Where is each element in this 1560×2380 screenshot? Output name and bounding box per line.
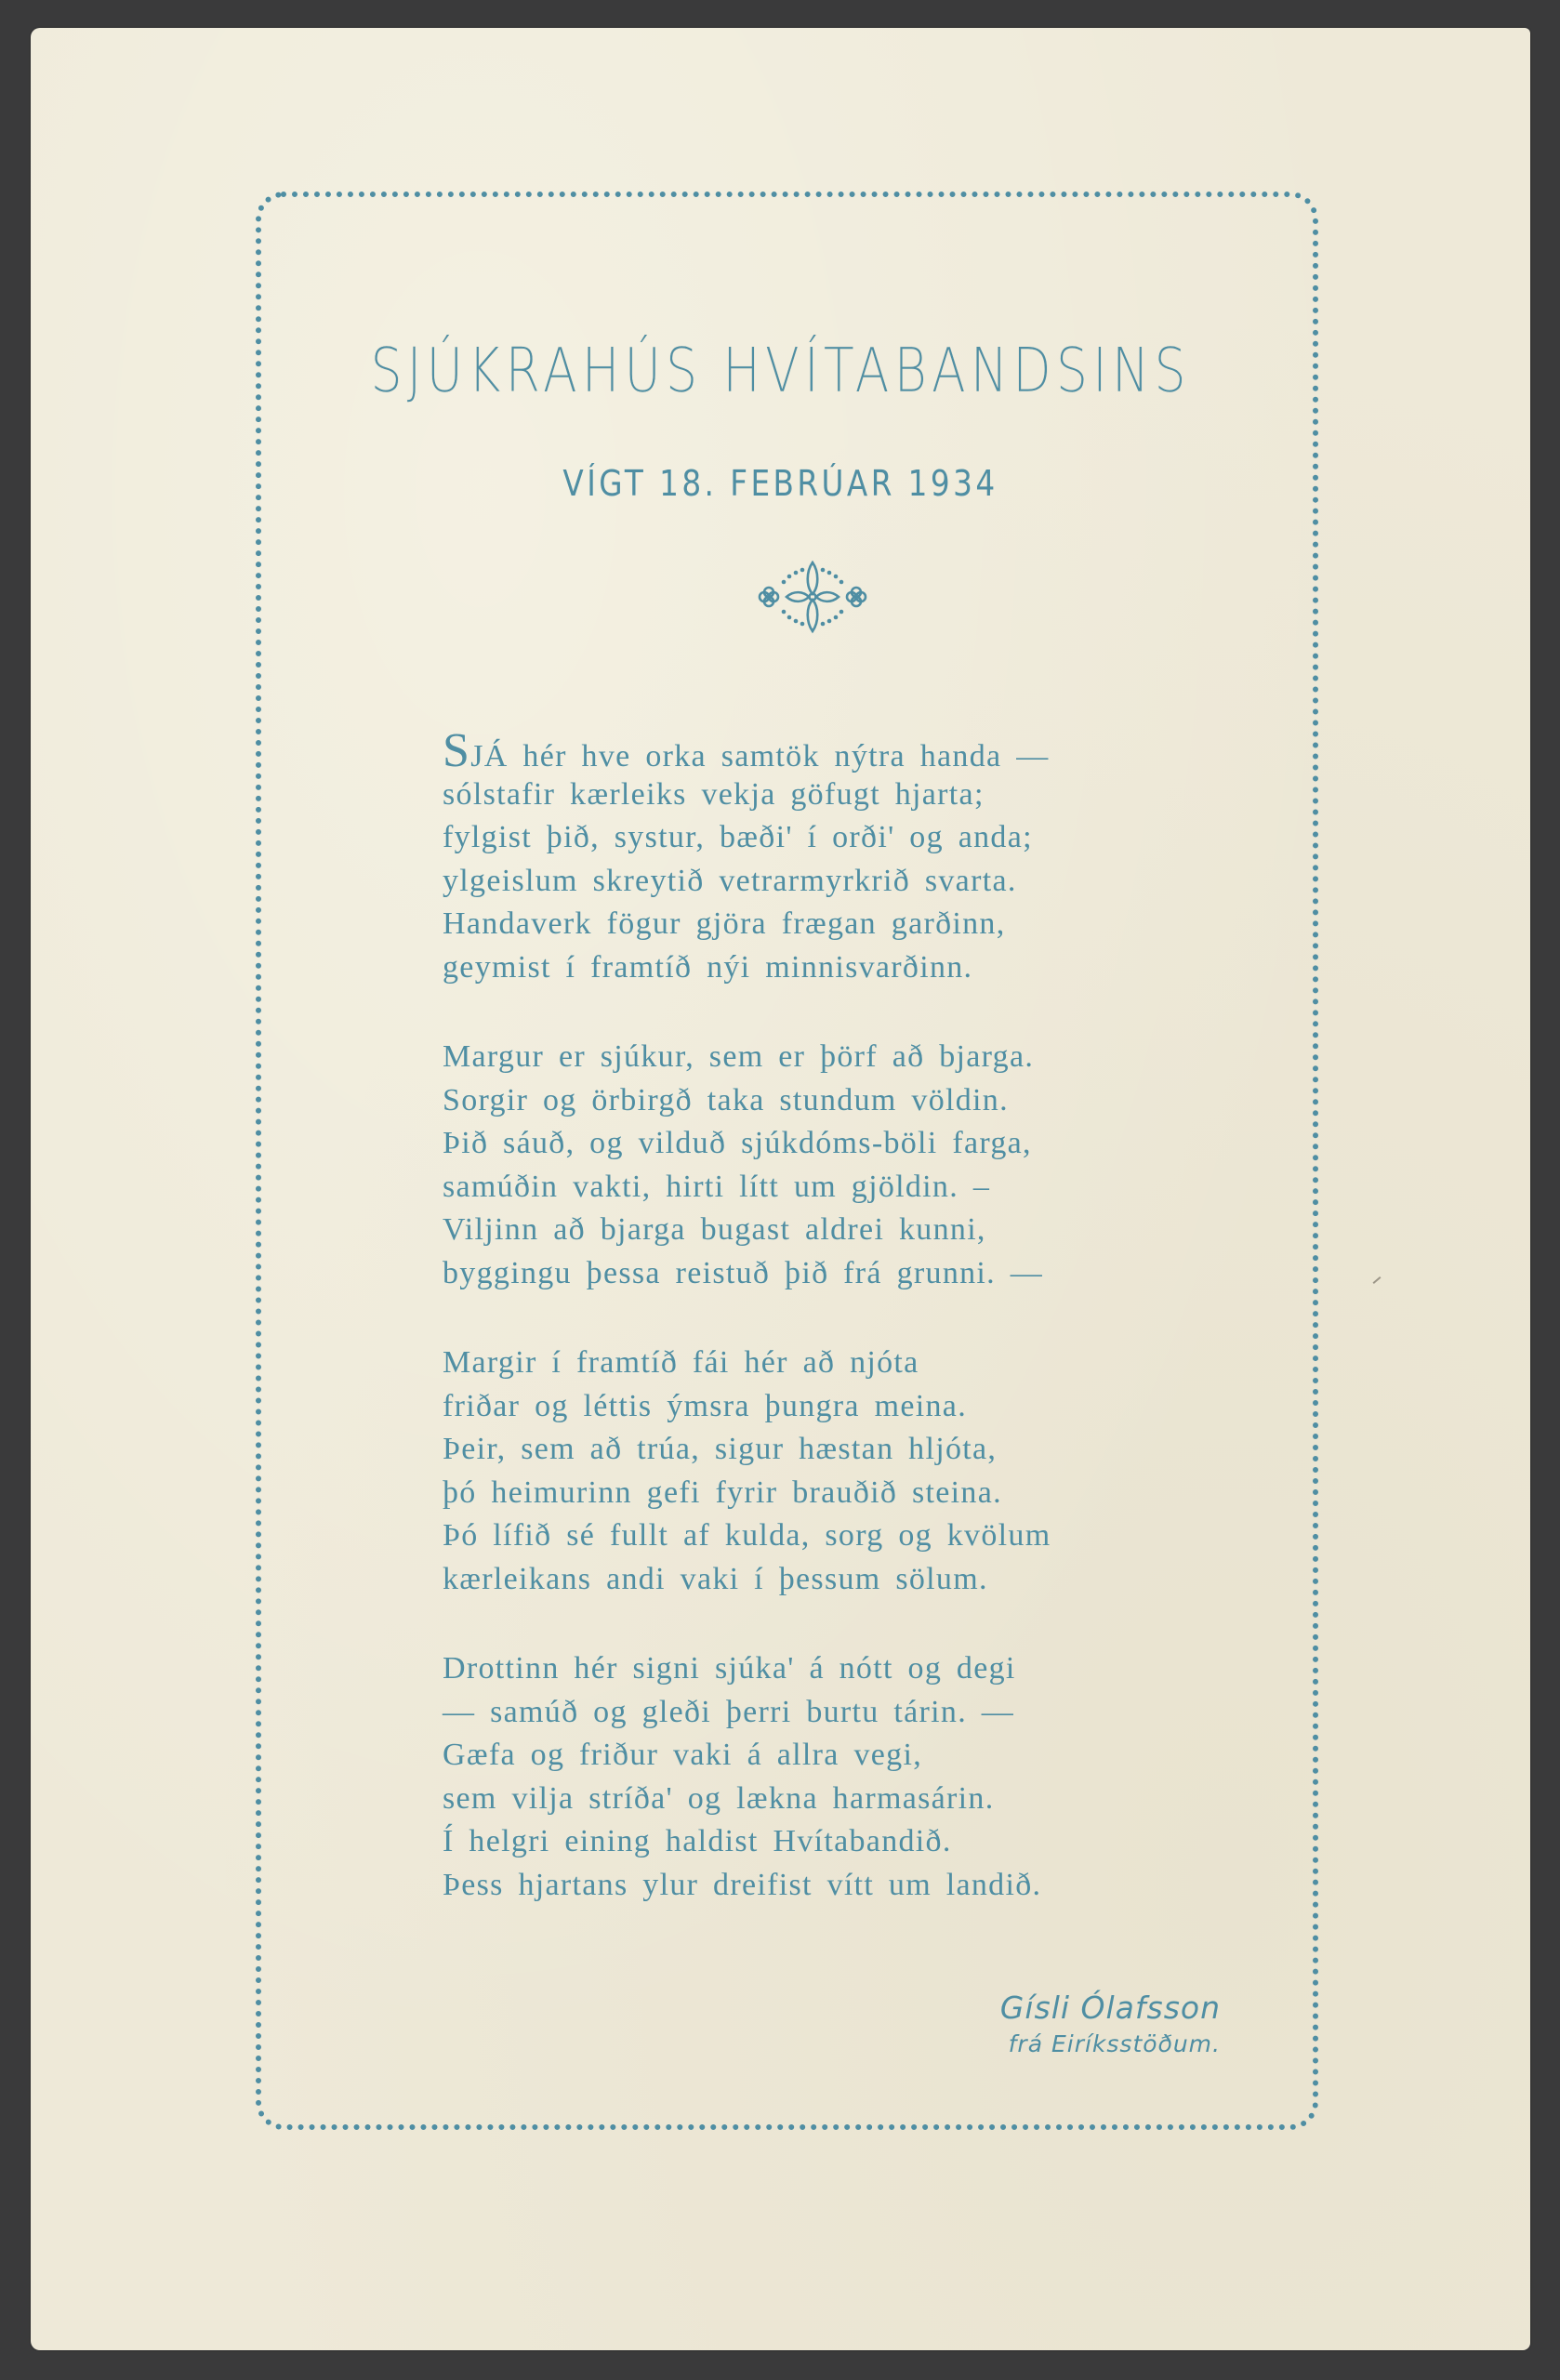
author-place: frá Eiríksstöðum. (1000, 2029, 1221, 2060)
poem-line: Margir í framtíð fái hér að njóta (443, 1342, 1279, 1385)
poem-line: Þið sáuð, og vilduð sjúkdóms-böli farga, (443, 1122, 1279, 1166)
document-title: SJÚKRAHÚS HVÍTABANDSINS (165, 335, 1395, 406)
poem-line: ylgeislum skreytið vetrarmyrkrið svarta. (443, 860, 1279, 904)
poem-line: Drottinn hér signi sjúka' á nótt og degi (443, 1647, 1279, 1691)
poem-stanza-2: Margur er sjúkur, sem er þörf að bjarga.… (443, 1036, 1279, 1295)
poem: SJÁ hér hve orka samtök nýtra handa — só… (443, 730, 1279, 1907)
small-caps: JÁ (470, 739, 508, 773)
poem-line: Viljinn að bjarga bugast aldrei kunni, (443, 1209, 1279, 1252)
poem-line: Sorgir og örbirgð taka stundum völdin. (443, 1079, 1279, 1123)
poem-line: Þó lífið sé fullt af kulda, sorg og kvöl… (443, 1514, 1279, 1558)
document-page: SJÚKRAHÚS HVÍTABANDSINS VÍGT 18. FEBRÚAR… (31, 28, 1530, 2350)
document-subtitle: VÍGT 18. FEBRÚAR 1934 (136, 463, 1425, 504)
poem-line: samúðin vakti, hirti lítt um gjöldin. – (443, 1166, 1279, 1210)
poem-line: Þess hjartans ylur dreifist vítt um land… (443, 1864, 1279, 1908)
poem-line: kærleikans andi vaki í þessum sölum. (443, 1558, 1279, 1602)
poem-line: sólstafir kærleiks vekja göfugt hjarta; (443, 773, 1279, 817)
poem-line: Í helgri eining haldist Hvítabandið. (443, 1820, 1279, 1864)
first-line-rest: hér hve orka samtök nýtra handa — (509, 739, 1050, 773)
poem-line: þó heimurinn gefi fyrir brauðið steina. (443, 1472, 1279, 1515)
poem-line: Margur er sjúkur, sem er þörf að bjarga. (443, 1036, 1279, 1079)
poem-line: SJÁ hér hve orka samtök nýtra handa — (443, 730, 1279, 773)
quatrefoil-ornament-icon (755, 559, 870, 635)
poem-stanza-1: SJÁ hér hve orka samtök nýtra handa — só… (443, 730, 1279, 989)
poem-line: Gæfa og friður vaki á allra vegi, (443, 1734, 1279, 1778)
poem-line: — samúð og gleði þerri burtu tárin. — (443, 1691, 1279, 1735)
paper-mark (1373, 1276, 1382, 1284)
poem-line: Þeir, sem að trúa, sigur hæstan hljóta, (443, 1428, 1279, 1472)
poem-line: Handaverk fögur gjöra frægan garðinn, (443, 903, 1279, 946)
poem-stanza-3: Margir í framtíð fái hér að njóta friðar… (443, 1342, 1279, 1601)
drop-cap: S (443, 724, 470, 777)
poem-stanza-4: Drottinn hér signi sjúka' á nótt og degi… (443, 1647, 1279, 1907)
poem-line: sem vilja stríða' og lækna harmasárin. (443, 1778, 1279, 1821)
poem-line: byggingu þessa reistuð þið frá grunni. — (443, 1252, 1279, 1296)
poem-line: friðar og léttis ýmsra þungra meina. (443, 1385, 1279, 1429)
poem-line: fylgist þið, systur, bæði' í orði' og an… (443, 816, 1279, 860)
poem-line: geymist í framtíð nýi minnisvarðinn. (443, 946, 1279, 990)
author-name: Gísli Ólafsson (1000, 1988, 1221, 2029)
author-signature: Gísli Ólafsson frá Eiríksstöðum. (1000, 1988, 1221, 2060)
